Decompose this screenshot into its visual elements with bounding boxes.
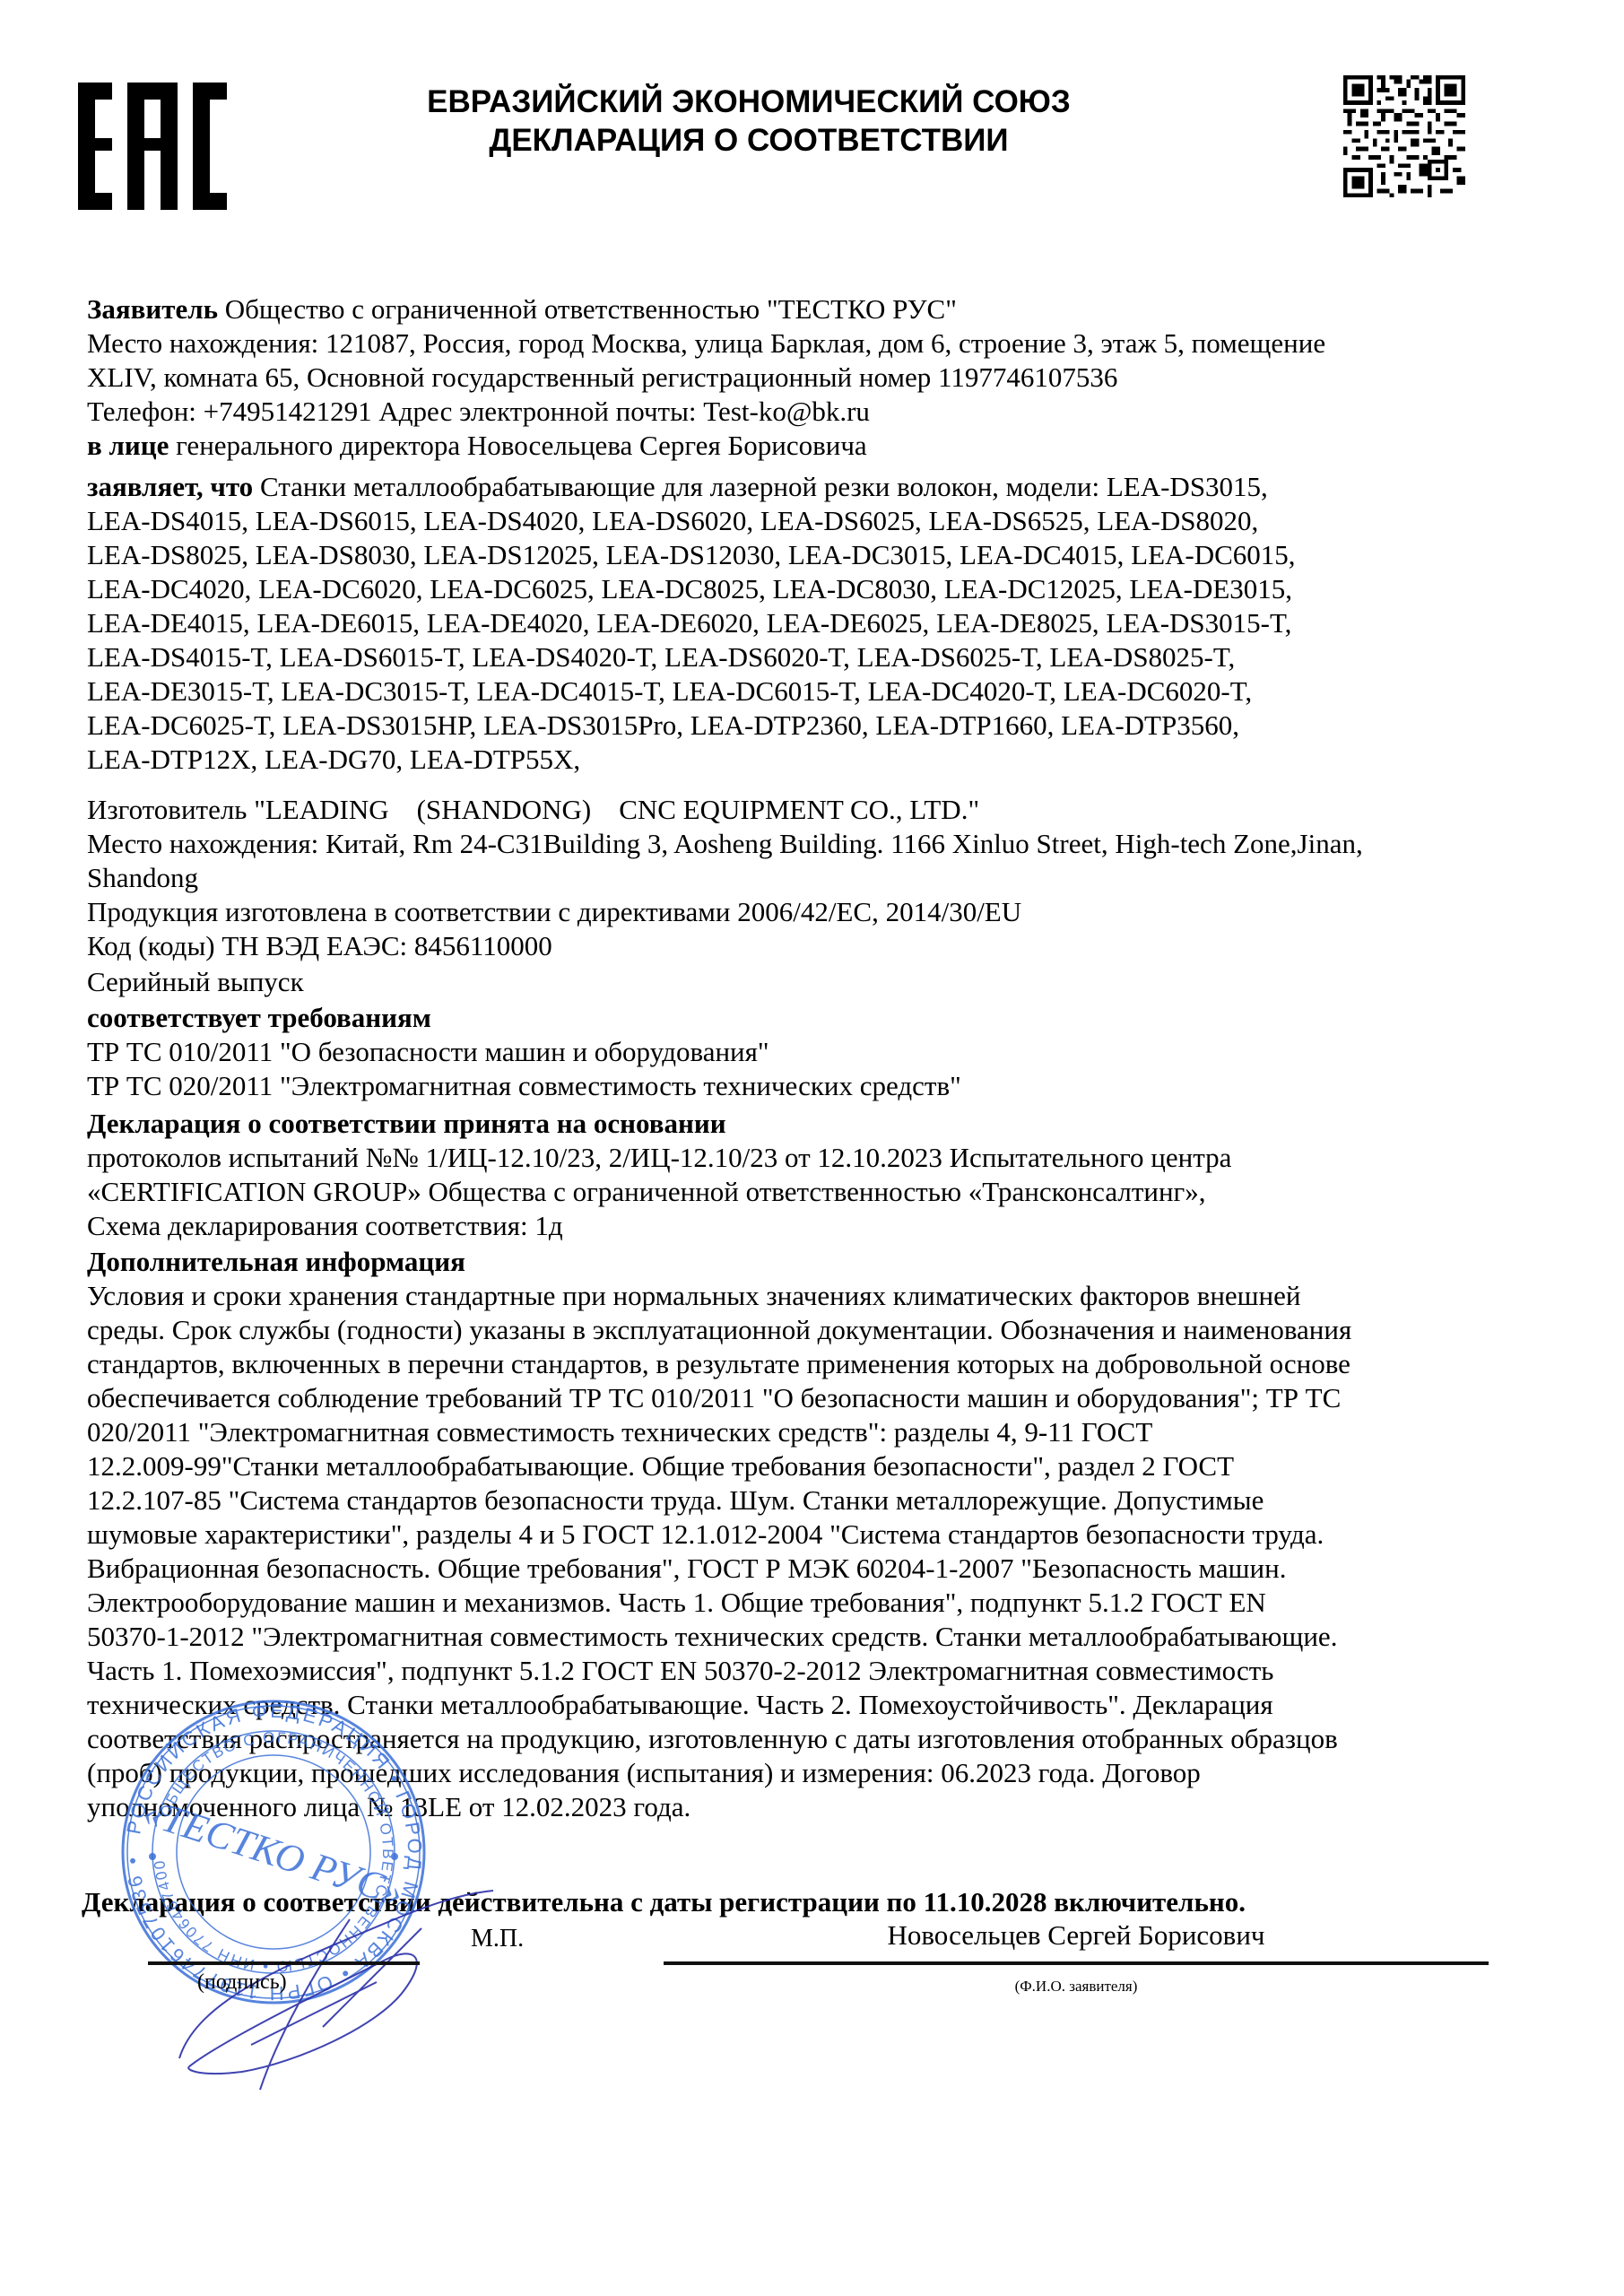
additional-info-line: 020/2011 "Электромагнитная совместимость… [87,1415,1152,1449]
model-list-line: LEA-DC4020, LEA-DC6020, LEA-DC6025, LEA-… [87,572,1292,606]
requirement-item: ТР ТС 020/2011 "Электромагнитная совмест… [87,1069,961,1103]
applicant-line: Заявитель Общество с ограниченной ответс… [87,292,957,326]
declares-line-0: заявляет, что Станки металлообрабатывающ… [87,470,1268,504]
qr-code-icon[interactable] [1343,75,1465,197]
additional-info-heading: Дополнительная информация [87,1245,465,1279]
additional-info-line: стандартов, включенных в перечни стандар… [87,1347,1350,1381]
model-list-line: LEA-DTP12X, LEA-DG70, LEA-DTP55X, [87,743,580,777]
title-declaration: ДЕКЛАРАЦИЯ О СООТВЕТСТВИИ [323,121,1175,160]
declares-label: заявляет, что [87,471,253,502]
declaration-page: ЕВРАЗИЙСКИЙ ЭКОНОМИЧЕСКИЙ СОЮЗ ДЕКЛАРАЦИ… [0,0,1624,2296]
manufacturer-name: Изготовитель "LEADING (SHANDONG) CNC EQU… [87,793,979,827]
additional-info-line: среды. Срок службы (годности) указаны в … [87,1313,1351,1347]
applicant-name: Общество с ограниченной ответственностью… [218,293,957,325]
representative-label: в лице [87,430,169,461]
applicant-name-line [664,1961,1489,1965]
applicant-address-line-1: Место нахождения: 121087, Россия, город … [87,326,1325,361]
basis-line: «CERTIFICATION GROUP» Общества с огранич… [87,1175,1206,1209]
basis-line: протоколов испытаний №№ 1/ИЦ-12.10/23, 2… [87,1141,1231,1175]
declares-text: Станки металлообрабатывающие для лазерно… [253,471,1268,502]
applicant-address-line-2: XLIV, комната 65, Основной государственн… [87,361,1117,395]
additional-info-line: Условия и сроки хранения стандартные при… [87,1279,1301,1313]
seal-label: М.П. [471,1925,524,1953]
model-list-line: LEA-DS4015, LEA-DS6015, LEA-DS4020, LEA-… [87,504,1258,538]
additional-info-line: обеспечивается соблюдение требований ТР … [87,1381,1341,1415]
production-type: Серийный выпуск [87,965,304,999]
additional-info-line: шумовые характеристики", разделы 4 и 5 Г… [87,1518,1324,1552]
requirement-item: ТР ТС 010/2011 "О безопасности машин и о… [87,1035,769,1069]
basis-heading: Декларация о соответствии принята на осн… [87,1107,726,1141]
additional-info-line: 12.2.009-99"Станки металлообрабатывающие… [87,1449,1234,1483]
eac-logo [78,83,229,210]
document-title: ЕВРАЗИЙСКИЙ ЭКОНОМИЧЕСКИЙ СОЮЗ ДЕКЛАРАЦИ… [323,83,1175,160]
requirements-heading: соответствует требованиям [87,1001,431,1035]
applicant-name-caption: (Ф.И.О. заявителя) [664,1978,1489,1996]
tn-ved-code: Код (коды) ТН ВЭД ЕАЭС: 8456110000 [87,929,552,963]
model-list-line: LEA-DS4015-T, LEA-DS6015-T, LEA-DS4020-T… [87,640,1235,674]
manufacturer-address-line-1: Место нахождения: Китай, Rm 24-C31Buildi… [87,827,1363,861]
representative-name: генерального директора Новосельцева Серг… [169,430,866,461]
additional-info-line: 12.2.107-85 "Система стандартов безопасн… [87,1483,1264,1518]
manufacturer-address-line-2: Shandong [87,861,198,895]
model-list-line: LEA-DE3015-T, LEA-DC3015-T, LEA-DC4015-T… [87,674,1252,709]
manufacturer-directives: Продукция изготовлена в соответствии с д… [87,895,1021,929]
model-list-line: LEA-DS8025, LEA-DS8030, LEA-DS12025, LEA… [87,538,1296,572]
title-union: ЕВРАЗИЙСКИЙ ЭКОНОМИЧЕСКИЙ СОЮЗ [323,83,1175,121]
model-list-line: LEA-DC6025-T, LEA-DS3015HP, LEA-DS3015Pr… [87,709,1239,743]
applicant-contact: Телефон: +74951421291 Адрес электронной … [87,395,870,429]
signature-line [148,1961,420,1965]
additional-info-line: 50370-1-2012 "Электромагнитная совместим… [87,1620,1337,1654]
declaration-scheme: Схема декларирования соответствия: 1д [87,1209,563,1243]
signature-caption: (подпись) [197,1970,287,1995]
model-list-line: LEA-DE4015, LEA-DE6015, LEA-DE4020, LEA-… [87,606,1291,640]
additional-info-line: Вибрационная безопасность. Общие требова… [87,1552,1286,1586]
eac-logo-icon [78,83,229,210]
applicant-label: Заявитель [87,293,218,325]
additional-info-line: Часть 1. Помехоэмиссия", подпункт 5.1.2 … [87,1654,1273,1688]
applicant-full-name: Новосельцев Сергей Борисович [664,1919,1489,1952]
applicant-representative: в лице генерального директора Новосельце… [87,429,867,463]
additional-info-line: Электрооборудование машин и механизмов. … [87,1586,1266,1620]
